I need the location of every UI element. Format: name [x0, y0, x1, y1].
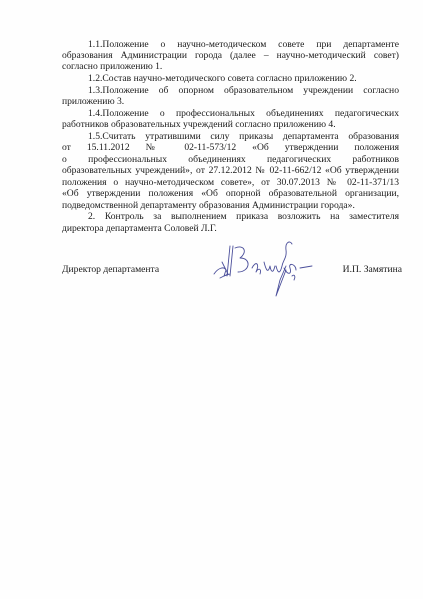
handwritten-signature-icon [208, 240, 348, 298]
text-line: приложению 3. [62, 96, 399, 107]
text-line: 1.1.Положение о научно-методическом сове… [88, 39, 399, 50]
signatory-title: Директор департамента [62, 264, 159, 275]
text-line: «Об утверждении положения «Об опорной об… [62, 188, 399, 199]
text-line: 1.2.Состав научно-методического совета с… [88, 73, 399, 84]
text-line: согласно приложению 1. [62, 61, 399, 72]
text-line: 2. Контроль за выполнением приказа возло… [88, 211, 399, 222]
text-line: образования Администрации города (далее … [62, 50, 399, 61]
text-line: о профессиональных объединениях педагоги… [62, 154, 399, 165]
text-line: образовательных учреждений», от 27.12.20… [62, 165, 399, 176]
text-line: от 15.11.2012 № 02-11-573/12 «Об утвержд… [62, 142, 399, 153]
text-line: подведомственной департаменту образовани… [62, 200, 399, 211]
text-line: 1.3.Положение об опорном образовательном… [88, 85, 399, 96]
document-page: 1.1.Положение о научно-методическом сове… [0, 0, 423, 599]
text-line: положения о научно-методическом совете»,… [62, 177, 399, 188]
text-line: 1.5.Считать утратившими силу приказы деп… [88, 131, 399, 142]
signatory-name: И.П. Замятина [343, 264, 402, 275]
text-line: директора департамента Соловей Л.Г. [62, 223, 399, 234]
text-line: 1.4.Положение о профессиональных объедин… [88, 108, 399, 119]
text-line: работников образовательных учреждений со… [62, 119, 399, 130]
